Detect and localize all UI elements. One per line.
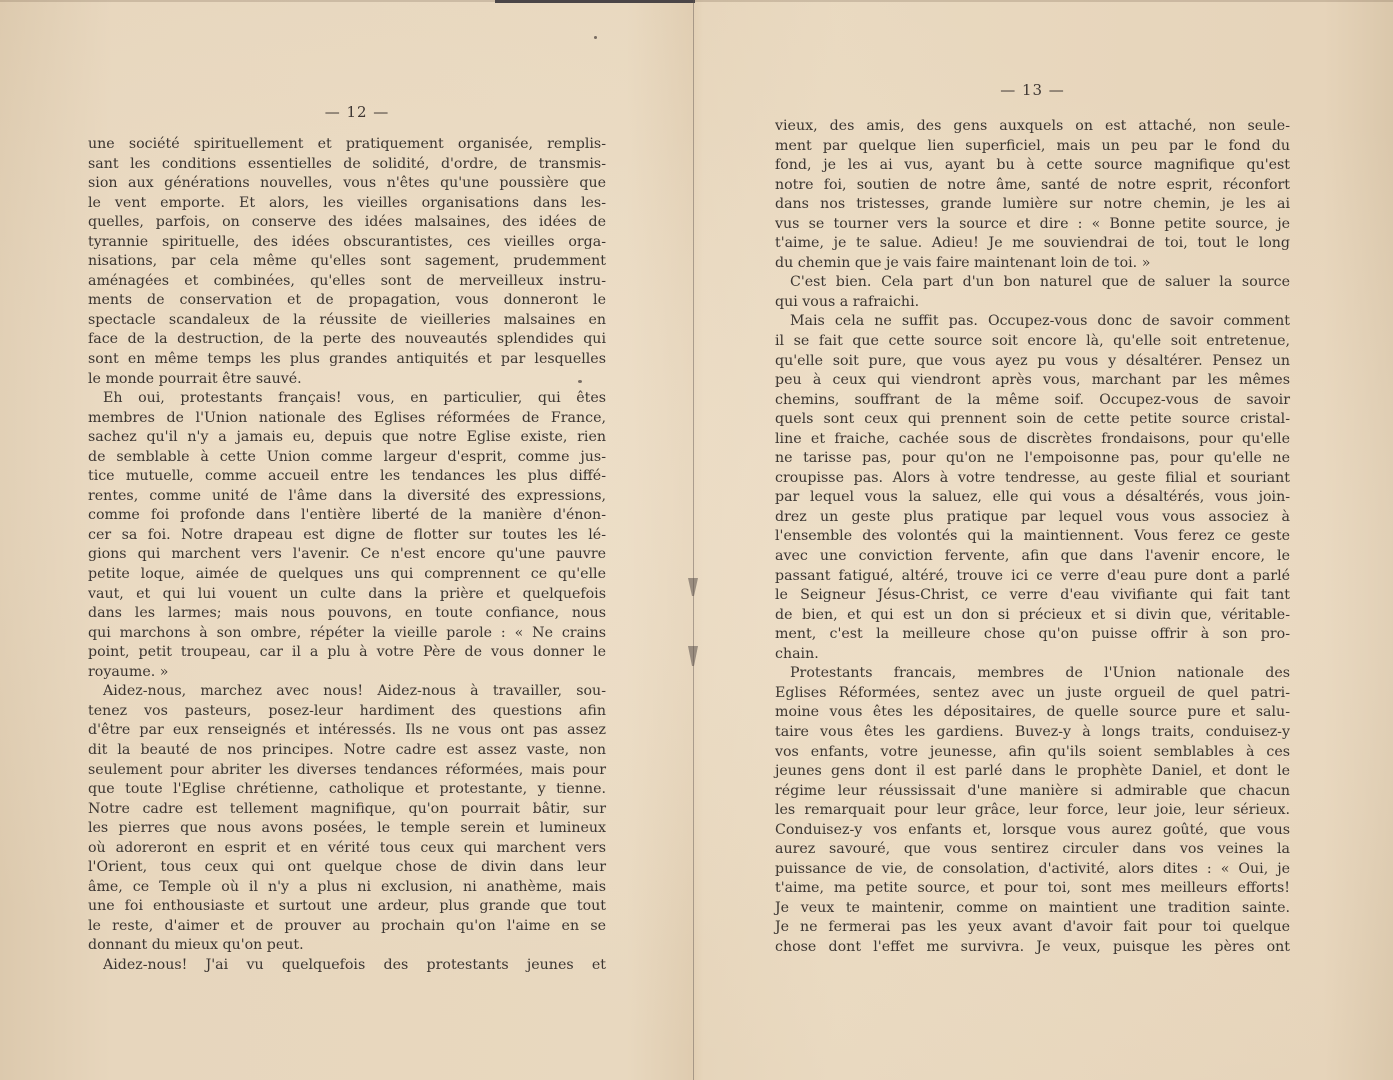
binding-stitch-icon: [688, 646, 698, 666]
text-line: donnant du mieux qu'on peut.: [88, 936, 606, 956]
text-line: le reste, d'aimer et de prouver au proch…: [88, 917, 606, 937]
text-line: le Seigneur Jésus-Christ, ce verre d'eau…: [775, 586, 1290, 606]
text-line: chemins, souffrant de la même soif. Occu…: [775, 391, 1290, 411]
text-line: tice mutuelle, comme accueil entre les t…: [88, 467, 606, 487]
text-line: de bien, et qui est un don si précieux e…: [775, 606, 1290, 626]
text-line: sion aux générations nouvelles, vous n'ê…: [88, 174, 606, 194]
text-line: les remarquait pour leur grâce, leur for…: [775, 801, 1290, 821]
text-line: Je ne fermerai pas les yeux avant d'avoi…: [775, 918, 1290, 938]
text-line: aurez savouré, que vous sentirez circule…: [775, 840, 1290, 860]
text-line: sachez qu'il n'y a jamais eu, depuis que…: [88, 428, 606, 448]
paragraph: Eh oui, protestants français! vous, en p…: [88, 389, 606, 682]
text-line: dit la beauté de nos principes. Notre ca…: [88, 741, 606, 761]
page-top-edge: [0, 0, 1393, 2]
text-line: passant fatigué, altéré, trouve ici ce v…: [775, 567, 1290, 587]
text-line: moine vous êtes les dépositaires, de que…: [775, 703, 1290, 723]
text-line: comme foi profonde dans l'entière libert…: [88, 506, 606, 526]
text-line: ment par quelque lien superficiel, mais …: [775, 137, 1290, 157]
text-line: quels sont ceux qui prennent soin de cet…: [775, 410, 1290, 430]
text-line: face de la destruction, de la perte des …: [88, 330, 606, 350]
left-page-body: une société spirituellement et pratiquem…: [88, 135, 606, 976]
text-line: ment, c'est la meilleure chose qu'on pui…: [775, 625, 1290, 645]
text-line: âme, ce Temple où il n'y a plus ni exclu…: [88, 878, 606, 898]
text-line: le monde pourrait être sauvé.: [88, 370, 606, 390]
book-gutter: [693, 0, 694, 1080]
text-line: rentes, comme unité de l'âme dans la div…: [88, 487, 606, 507]
text-line: que toute l'Eglise chrétienne, catholiqu…: [88, 780, 606, 800]
text-line: Protestants francais, membres de l'Union…: [775, 664, 1290, 684]
text-line: peu à ceux qui viendront après vous, mar…: [775, 371, 1290, 391]
paragraph: une société spirituellement et pratiquem…: [88, 135, 606, 389]
text-line: vus se tourner vers la source et dire : …: [775, 215, 1290, 235]
text-line: nisations, par cela même qu'elles sont s…: [88, 252, 606, 272]
text-line: une foi enthousiaste et surtout une arde…: [88, 897, 606, 917]
text-line: vos enfants, votre jeunesse, afin qu'ils…: [775, 743, 1290, 763]
text-line: qu'elle soit pure, que vous ayez pu vous…: [775, 352, 1290, 372]
text-line: régime leur réussissait d'une manière si…: [775, 782, 1290, 802]
text-line: t'aime, je te salue. Adieu! Je me souvie…: [775, 234, 1290, 254]
text-line: tyrannie spirituelle, des idées obscuran…: [88, 233, 606, 253]
text-line: croupisse pas. Alors à votre tendresse, …: [775, 469, 1290, 489]
text-line: par lequel vous la saluez, elle qui vous…: [775, 488, 1290, 508]
text-line: line et fraiche, cachée sous de discrète…: [775, 430, 1290, 450]
book-spread: — 12 — une société spirituellement et pr…: [0, 0, 1393, 1080]
text-line: tenez vos pasteurs, posez-leur hardiment…: [88, 702, 606, 722]
right-page-body: vieux, des amis, des gens auxquels on es…: [775, 117, 1290, 958]
text-line: puissance de vie, de consolation, d'acti…: [775, 860, 1290, 880]
text-line: jeunes gens dont il est parlé dans le pr…: [775, 762, 1290, 782]
paragraph: Protestants francais, membres de l'Union…: [775, 664, 1290, 957]
text-line: Mais cela ne suffit pas. Occupez-vous do…: [775, 312, 1290, 332]
text-line: qui vous a rafraichi.: [775, 293, 1290, 313]
binding-stitch-icon: [688, 578, 698, 596]
text-line: membres de l'Union nationale des Eglises…: [88, 409, 606, 429]
paragraph: C'est bien. Cela part d'un bon naturel q…: [775, 273, 1290, 312]
text-line: Conduisez-y vos enfants et, lorsque vous…: [775, 821, 1290, 841]
text-line: du chemin que je vais faire maintenant l…: [775, 254, 1290, 274]
paper-speck: [594, 36, 597, 39]
text-line: fond, je les ai vus, ayant bu à cette so…: [775, 156, 1290, 176]
page-number-right: — 13 —: [775, 78, 1290, 102]
text-line: qui marchons à son ombre, répéter la vie…: [88, 624, 606, 644]
text-line: Eh oui, protestants français! vous, en p…: [88, 389, 606, 409]
text-line: notre foi, soutien de notre âme, santé d…: [775, 176, 1290, 196]
text-line: spectacle scandaleux de la réussite de v…: [88, 311, 606, 331]
text-line: cer sa foi. Notre drapeau est digne de f…: [88, 526, 606, 546]
text-line: Aidez-nous, marchez avec nous! Aidez-nou…: [88, 682, 606, 702]
text-line: l'Orient, tous ceux qui ont quelque chos…: [88, 858, 606, 878]
text-line: gions qui marchent vers l'avenir. Ce n'e…: [88, 545, 606, 565]
text-line: vaut, et qui lui vouent un culte dans la…: [88, 585, 606, 605]
paragraph: Mais cela ne suffit pas. Occupez-vous do…: [775, 312, 1290, 664]
page-number-left: — 12 —: [88, 100, 606, 124]
text-line: l'ensemble des volontés qui la maintienn…: [775, 527, 1290, 547]
text-line: Je veux te maintenir, comme on maintient…: [775, 899, 1290, 919]
text-line: petite loque, aimée de quelques uns qui …: [88, 565, 606, 585]
text-line: taire vous êtes les gardiens. Buvez-y à …: [775, 723, 1290, 743]
text-line: sont en même temps les plus grandes anti…: [88, 350, 606, 370]
text-line: il se fait que cette source soit encore …: [775, 332, 1290, 352]
text-line: chain.: [775, 645, 1290, 665]
text-line: d'être par eux renseignés et intéressés.…: [88, 721, 606, 741]
text-line: ments de conservation et de propagation,…: [88, 291, 606, 311]
text-line: point, petit troupeau, car il a plu à vo…: [88, 643, 606, 663]
text-line: royaume. »: [88, 663, 606, 683]
text-line: ne tarisse pas, pour qu'on ne l'empoison…: [775, 449, 1290, 469]
text-line: aménagées et combinées, qu'elles sont de…: [88, 272, 606, 292]
text-line: dans les larmes; mais nous pouvons, en t…: [88, 604, 606, 624]
paragraph: vieux, des amis, des gens auxquels on es…: [775, 117, 1290, 273]
text-line: sant les conditions essentielles de soli…: [88, 155, 606, 175]
text-line: Aidez-nous! J'ai vu quelquefois des prot…: [88, 956, 606, 976]
text-line: C'est bien. Cela part d'un bon naturel q…: [775, 273, 1290, 293]
right-page: — 13 — vieux, des amis, des gens auxquel…: [775, 78, 1290, 958]
text-line: de semblable à cette Union comme largeur…: [88, 448, 606, 468]
text-line: une société spirituellement et pratiquem…: [88, 135, 606, 155]
text-line: Notre cadre est tellement magnifique, qu…: [88, 800, 606, 820]
text-line: avec une conviction fervente, afin que d…: [775, 547, 1290, 567]
scan-top-strip: [495, 0, 695, 3]
text-line: où adoreront en esprit et en vérité tous…: [88, 839, 606, 859]
text-line: t'aime, ma petite source, et pour toi, s…: [775, 879, 1290, 899]
text-line: chose dont l'effet me survivra. Je veux,…: [775, 938, 1290, 958]
text-line: vieux, des amis, des gens auxquels on es…: [775, 117, 1290, 137]
left-page: — 12 — une société spirituellement et pr…: [88, 100, 606, 976]
text-line: Eglises Réformées, sentez avec un juste …: [775, 684, 1290, 704]
text-line: quelles, parfois, on conserve des idées …: [88, 213, 606, 233]
paragraph: Aidez-nous, marchez avec nous! Aidez-nou…: [88, 682, 606, 956]
text-line: drez un geste plus pratique par lequel v…: [775, 508, 1290, 528]
text-line: le vent emporte. Et alors, les vieilles …: [88, 194, 606, 214]
paragraph: Aidez-nous! J'ai vu quelquefois des prot…: [88, 956, 606, 976]
text-line: seulement pour abriter les diverses tend…: [88, 761, 606, 781]
text-line: dans nos tristesses, grande lumière sur …: [775, 195, 1290, 215]
text-line: les pierres que nous avons posées, le te…: [88, 819, 606, 839]
